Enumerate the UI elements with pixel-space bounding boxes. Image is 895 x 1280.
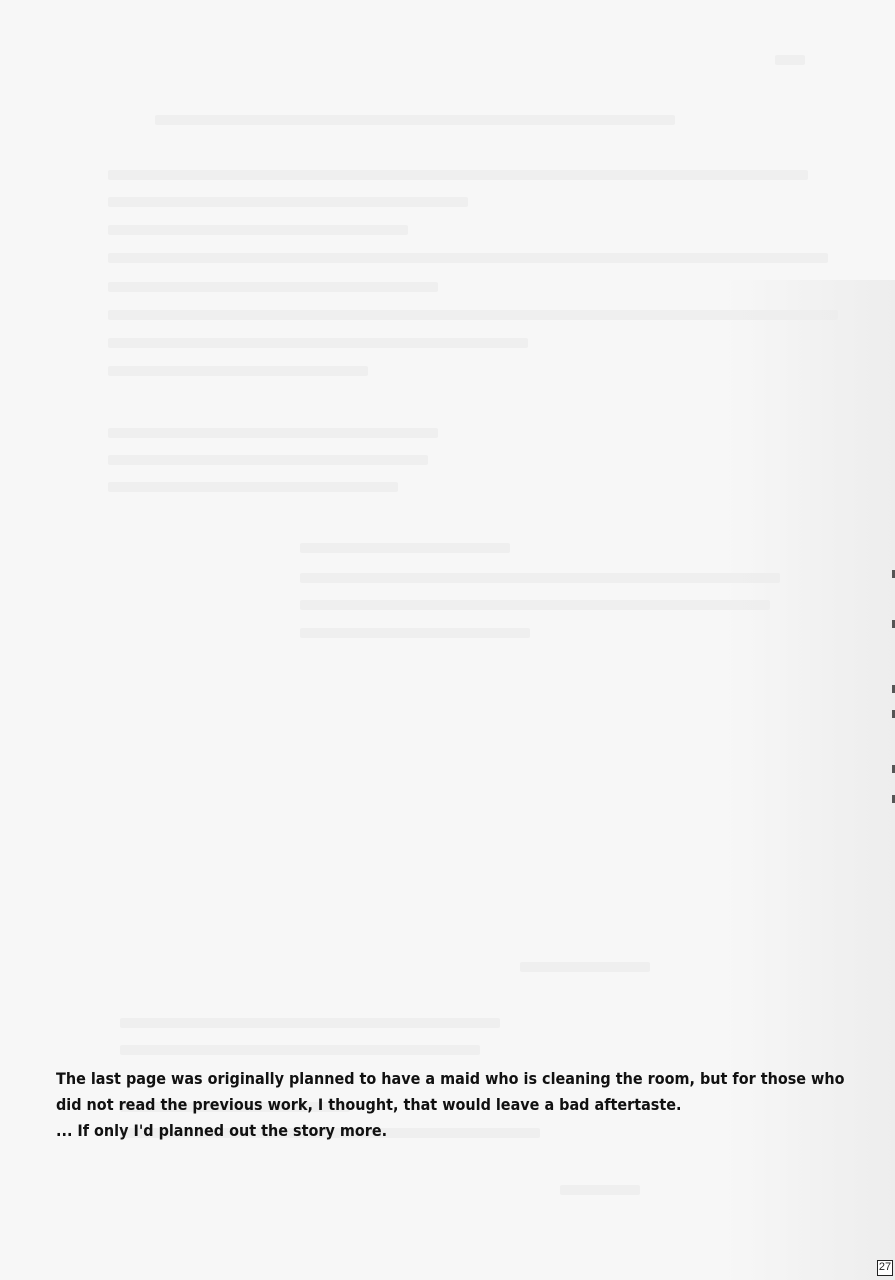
page-number: 27 [877, 1260, 893, 1276]
translator-note-line: The last page was originally planned to … [56, 1066, 836, 1092]
translator-note-line: ... If only I'd planned out the story mo… [56, 1118, 836, 1144]
translator-note: The last page was originally planned to … [56, 1066, 836, 1144]
page-edge-marks [891, 560, 895, 820]
translator-note-line: did not read the previous work, I though… [56, 1092, 836, 1118]
